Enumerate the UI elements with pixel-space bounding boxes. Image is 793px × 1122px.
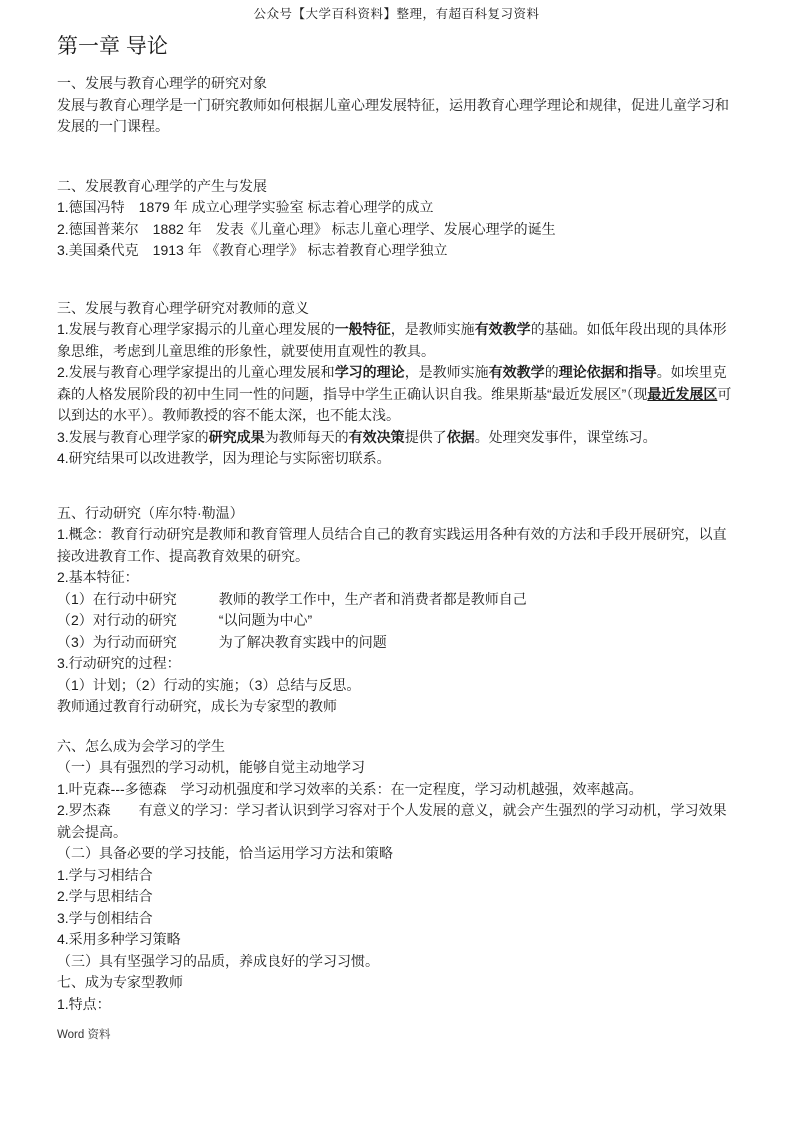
text-run: 。处理突发事件，课堂练习。 — [475, 429, 657, 445]
emphasized-text-run: 一般特征 — [335, 321, 391, 337]
text-run: 1.概念：教育行动研究是教师和教育管理人员结合自己的教育实践运用各种有效的方法和… — [57, 526, 727, 564]
text-run: 五、行动研究（库尔特·勒温） — [57, 505, 244, 521]
paragraph-gap — [57, 138, 737, 176]
emphasized-text-run: 最近发展区 — [647, 386, 717, 402]
text-run: 4.研究结果可以改进教学，因为理论与实际密切联系。 — [57, 450, 391, 466]
text-run: ，是教师实施 — [391, 321, 475, 337]
paragraph: （二）具备必要的学习技能，恰当运用学习方法和策略 — [57, 843, 737, 865]
paragraph: 五、行动研究（库尔特·勒温） — [57, 503, 737, 525]
paragraph: 4.研究结果可以改进教学，因为理论与实际密切联系。 — [57, 448, 737, 470]
text-run: 六、怎么成为会学习的学生 — [57, 738, 225, 754]
emphasized-text-run: 学习的理论 — [335, 364, 405, 380]
paragraph: 1.发展与教育心理学家揭示的儿童心理发展的一般特征，是教师实施有效教学的基础。如… — [57, 319, 737, 362]
text-run: 2.发展与教育心理学家提出的儿童心理发展和 — [57, 364, 335, 380]
paragraph: 2.罗杰森 有意义的学习：学习者认识到学习容对于个人发展的意义，就会产生强烈的学… — [57, 800, 737, 843]
text-run: （一）具有强烈的学习动机，能够自觉主动地学习 — [57, 759, 365, 775]
paragraph: 七、成为专家型教师 — [57, 972, 737, 994]
text-run: 提供了 — [405, 429, 447, 445]
text-run: 1.叶克森---多德森 学习动机强度和学习效率的关系：在一定程度，学习动机越强，… — [57, 781, 643, 797]
text-run: 2.罗杰森 有意义的学习：学习者认识到学习容对于个人发展的意义，就会产生强烈的学… — [57, 802, 727, 840]
paragraph: （3）为行动而研究 为了解决教育实践中的问题 — [57, 632, 737, 654]
emphasized-text-run: 依据 — [447, 429, 475, 445]
text-run: （三）具有坚强学习的品质，养成良好的学习习惯。 — [57, 953, 379, 969]
text-run: 1.特点： — [57, 996, 111, 1012]
paragraph: 3.行动研究的过程： — [57, 653, 737, 675]
text-run: 二、发展教育心理学的产生与发展 — [57, 178, 267, 194]
paragraph: 二、发展教育心理学的产生与发展 — [57, 176, 737, 198]
doc-body: 一、发展与教育心理学的研究对象发展与教育心理学是一门研究教师如何根据儿童心理发展… — [0, 73, 793, 1015]
paragraph: （1）在行动中研究 教师的教学工作中，生产者和消费者都是教师自己 — [57, 589, 737, 611]
paragraph: 1.叶克森---多德森 学习动机强度和学习效率的关系：在一定程度，学习动机越强，… — [57, 779, 737, 801]
text-run: 3.美国桑代克 1913 年 《教育心理学》 标志着教育心理学独立 — [57, 242, 448, 258]
text-run: 一、发展与教育心理学的研究对象 — [57, 75, 267, 91]
paragraph-gap — [57, 262, 737, 298]
text-run: 3.行动研究的过程： — [57, 655, 181, 671]
text-run: 2.学与思相结合 — [57, 888, 153, 904]
paragraph: 1.特点： — [57, 994, 737, 1016]
text-run: （2）对行动的研究 “以问题为中心” — [57, 612, 312, 628]
text-run: 4.采用多种学习策略 — [57, 931, 181, 947]
paragraph: 2.基本特征： — [57, 567, 737, 589]
paragraph: 1.德国冯特 1879 年 成立心理学实验室 标志着心理学的成立 — [57, 197, 737, 219]
text-run: 2.基本特征： — [57, 569, 139, 585]
paragraph: （三）具有坚强学习的品质，养成良好的学习习惯。 — [57, 951, 737, 973]
text-run: 为教师每天的 — [265, 429, 349, 445]
emphasized-text-run: 有效教学 — [489, 364, 545, 380]
paragraph: 3.发展与教育心理学家的研究成果为教师每天的有效决策提供了依据。处理突发事件，课… — [57, 427, 737, 449]
text-run: （3）为行动而研究 为了解决教育实践中的问题 — [57, 634, 387, 650]
paragraph: 发展与教育心理学是一门研究教师如何根据儿童心理发展特征，运用教育心理学理论和规律… — [57, 95, 737, 138]
paragraph: 2.德国普莱尔 1882 年 发表《儿童心理》 标志儿童心理学、发展心理学的诞生 — [57, 219, 737, 241]
paragraph: 1.学与习相结合 — [57, 865, 737, 887]
emphasized-text-run: 有效决策 — [349, 429, 405, 445]
emphasized-text-run: 有效教学 — [475, 321, 531, 337]
paragraph: （2）对行动的研究 “以问题为中心” — [57, 610, 737, 632]
text-run: 3.发展与教育心理学家的 — [57, 429, 209, 445]
paragraph: 教师通过教育行动研究，成长为专家型的教师 — [57, 696, 737, 718]
paragraph: 3.美国桑代克 1913 年 《教育心理学》 标志着教育心理学独立 — [57, 240, 737, 262]
paragraph-gap — [57, 470, 737, 503]
emphasized-text-run: 理论依据和指导 — [559, 364, 657, 380]
text-run: 三、发展与教育心理学研究对教师的意义 — [57, 300, 309, 316]
paragraph: 3.学与创相结合 — [57, 908, 737, 930]
emphasized-text-run: 研究成果 — [209, 429, 265, 445]
text-run: 1.德国冯特 1879 年 成立心理学实验室 标志着心理学的成立 — [57, 199, 434, 215]
paragraph: 1.概念：教育行动研究是教师和教育管理人员结合自己的教育实践运用各种有效的方法和… — [57, 524, 737, 567]
text-run: ，是教师实施 — [405, 364, 489, 380]
text-run: 发展与教育心理学是一门研究教师如何根据儿童心理发展特征，运用教育心理学理论和规律… — [57, 97, 729, 135]
paragraph: 一、发展与教育心理学的研究对象 — [57, 73, 737, 95]
paragraph: 4.采用多种学习策略 — [57, 929, 737, 951]
paragraph-gap — [57, 718, 737, 736]
text-run: 教师通过教育行动研究，成长为专家型的教师 — [57, 698, 337, 714]
paragraph: 2.学与思相结合 — [57, 886, 737, 908]
text-run: 1.发展与教育心理学家揭示的儿童心理发展的 — [57, 321, 335, 337]
paragraph: 三、发展与教育心理学研究对教师的意义 — [57, 298, 737, 320]
doc-footer-text: Word 资料 — [57, 1028, 110, 1043]
paragraph: 六、怎么成为会学习的学生 — [57, 736, 737, 758]
document-page: 公众号【大学百科资料】整理，有超百科复习资料 第一章 导论 一、发展与教育心理学… — [0, 0, 793, 1122]
text-run: 的 — [545, 364, 559, 380]
doc-header-text: 公众号【大学百科资料】整理，有超百科复习资料 — [0, 0, 793, 22]
text-run: 七、成为专家型教师 — [57, 974, 183, 990]
paragraph: （1）计划；（2）行动的实施；（3）总结与反思。 — [57, 675, 737, 697]
paragraph: 2.发展与教育心理学家提出的儿童心理发展和学习的理论，是教师实施有效教学的理论依… — [57, 362, 737, 427]
text-run: 1.学与习相结合 — [57, 867, 153, 883]
text-run: （二）具备必要的学习技能，恰当运用学习方法和策略 — [57, 845, 393, 861]
text-run: 3.学与创相结合 — [57, 910, 153, 926]
paragraph: （一）具有强烈的学习动机，能够自觉主动地学习 — [57, 757, 737, 779]
text-run: 2.德国普莱尔 1882 年 发表《儿童心理》 标志儿童心理学、发展心理学的诞生 — [57, 221, 556, 237]
text-run: （1）在行动中研究 教师的教学工作中，生产者和消费者都是教师自己 — [57, 591, 527, 607]
chapter-title: 第一章 导论 — [57, 32, 793, 62]
text-run: （1）计划；（2）行动的实施；（3）总结与反思。 — [57, 677, 360, 693]
